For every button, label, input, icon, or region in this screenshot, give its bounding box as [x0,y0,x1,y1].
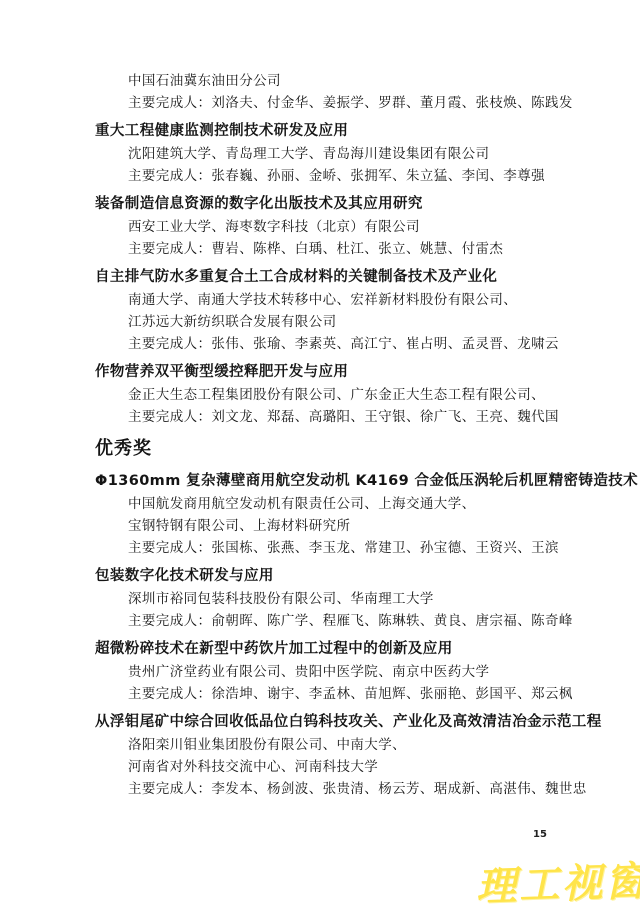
contributors-line: 主要完成人：徐浩坤、谢宇、李孟林、苗旭辉、张丽艳、彭国平、郑云枫 [95,683,640,705]
project-title: Φ1360mm 复杂薄壁商用航空发动机 K4169 合金低压涡轮后机匣精密铸造技… [95,470,640,493]
section-heading-excellence-award: 优秀奖 [95,436,640,462]
organizations-line: 洛阳栾川钼业集团股份有限公司、中南大学、 [95,734,640,756]
contributors-line: 主要完成人：曹岩、陈桦、白瑀、杜江、张立、姚慧、付雷杰 [95,238,640,260]
contributors-line: 主要完成人：张春巍、孙丽、金峤、张拥军、朱立猛、李闰、李尊强 [95,165,640,187]
project-title: 超微粉碎技术在新型中药饮片加工过程中的创新及应用 [95,638,640,661]
award-entry: 作物营养双平衡型缓控释肥开发与应用 金正大生态工程集团股份有限公司、广东金正大生… [95,361,640,428]
project-title: 装备制造信息资源的数字化出版技术及其应用研究 [95,193,640,216]
organizations-line: 沈阳建筑大学、青岛理工大学、青岛海川建设集团有限公司 [95,143,640,165]
award-entry: 重大工程健康监测控制技术研发及应用 沈阳建筑大学、青岛理工大学、青岛海川建设集团… [95,120,640,187]
contributors-line: 主要完成人：张国栋、张燕、李玉龙、常建卫、孙宝德、王资兴、王滨 [95,537,640,559]
organizations-line: 江苏远大新纺织联合发展有限公司 [95,311,640,333]
contributors-line: 主要完成人：刘文龙、郑磊、高璐阳、王守银、徐广飞、王亮、魏代国 [95,406,640,428]
project-title: 重大工程健康监测控制技术研发及应用 [95,120,640,143]
contributors-line: 主要完成人：张伟、张瑜、李素英、高江宁、崔占明、孟灵晋、龙啸云 [95,333,640,355]
organizations-line: 河南省对外科技交流中心、河南科技大学 [95,756,640,778]
organizations-line: 西安工业大学、海枣数字科技（北京）有限公司 [95,216,640,238]
award-entry: Φ1360mm 复杂薄壁商用航空发动机 K4169 合金低压涡轮后机匣精密铸造技… [95,470,640,559]
award-entry: 从浮钼尾矿中综合回收低品位白钨科技攻关、产业化及高效清洁冶金示范工程 洛阳栾川钼… [95,711,640,800]
award-entry: 自主排气防水多重复合土工合成材料的关键制备技术及产业化 南通大学、南通大学技术转… [95,266,640,355]
organizations-line: 南通大学、南通大学技术转移中心、宏祥新材料股份有限公司、 [95,289,640,311]
project-title: 作物营养双平衡型缓控释肥开发与应用 [95,361,640,384]
organizations-line: 深圳市裕同包装科技股份有限公司、华南理工大学 [95,588,640,610]
award-entry: 中国石油冀东油田分公司 主要完成人：刘洛夫、付金华、姜振学、罗群、董月霞、张枝焕… [95,70,640,114]
organizations-line: 中国石油冀东油田分公司 [95,70,640,92]
page-content: 中国石油冀东油田分公司 主要完成人：刘洛夫、付金华、姜振学、罗群、董月霞、张枝焕… [95,70,640,806]
project-title: 包装数字化技术研发与应用 [95,565,640,588]
award-entry: 装备制造信息资源的数字化出版技术及其应用研究 西安工业大学、海枣数字科技（北京）… [95,193,640,260]
project-title: 自主排气防水多重复合土工合成材料的关键制备技术及产业化 [95,266,640,289]
organizations-line: 贵州广济堂药业有限公司、贵阳中医学院、南京中医药大学 [95,661,640,683]
watermark-logo: 理工视窗 [475,849,640,905]
project-title: 从浮钼尾矿中综合回收低品位白钨科技攻关、产业化及高效清洁冶金示范工程 [95,711,640,734]
award-entry: 包装数字化技术研发与应用 深圳市裕同包装科技股份有限公司、华南理工大学 主要完成… [95,565,640,632]
document-page: 中国石油冀东油田分公司 主要完成人：刘洛夫、付金华、姜振学、罗群、董月霞、张枝焕… [0,0,640,905]
page-number: 15 [533,829,547,840]
organizations-line: 中国航发商用航空发动机有限责任公司、上海交通大学、 [95,493,640,515]
organizations-line: 金正大生态工程集团股份有限公司、广东金正大生态工程有限公司、 [95,384,640,406]
award-entry: 超微粉碎技术在新型中药饮片加工过程中的创新及应用 贵州广济堂药业有限公司、贵阳中… [95,638,640,705]
contributors-line: 主要完成人：李发本、杨剑波、张贵清、杨云芳、琚成新、高湛伟、魏世忠 [95,778,640,800]
contributors-line: 主要完成人：俞朝晖、陈广学、程雁飞、陈琳轶、黄良、唐宗福、陈奇峰 [95,610,640,632]
contributors-line: 主要完成人：刘洛夫、付金华、姜振学、罗群、董月霞、张枝焕、陈践发 [95,92,640,114]
organizations-line: 宝钢特钢有限公司、上海材料研究所 [95,515,640,537]
